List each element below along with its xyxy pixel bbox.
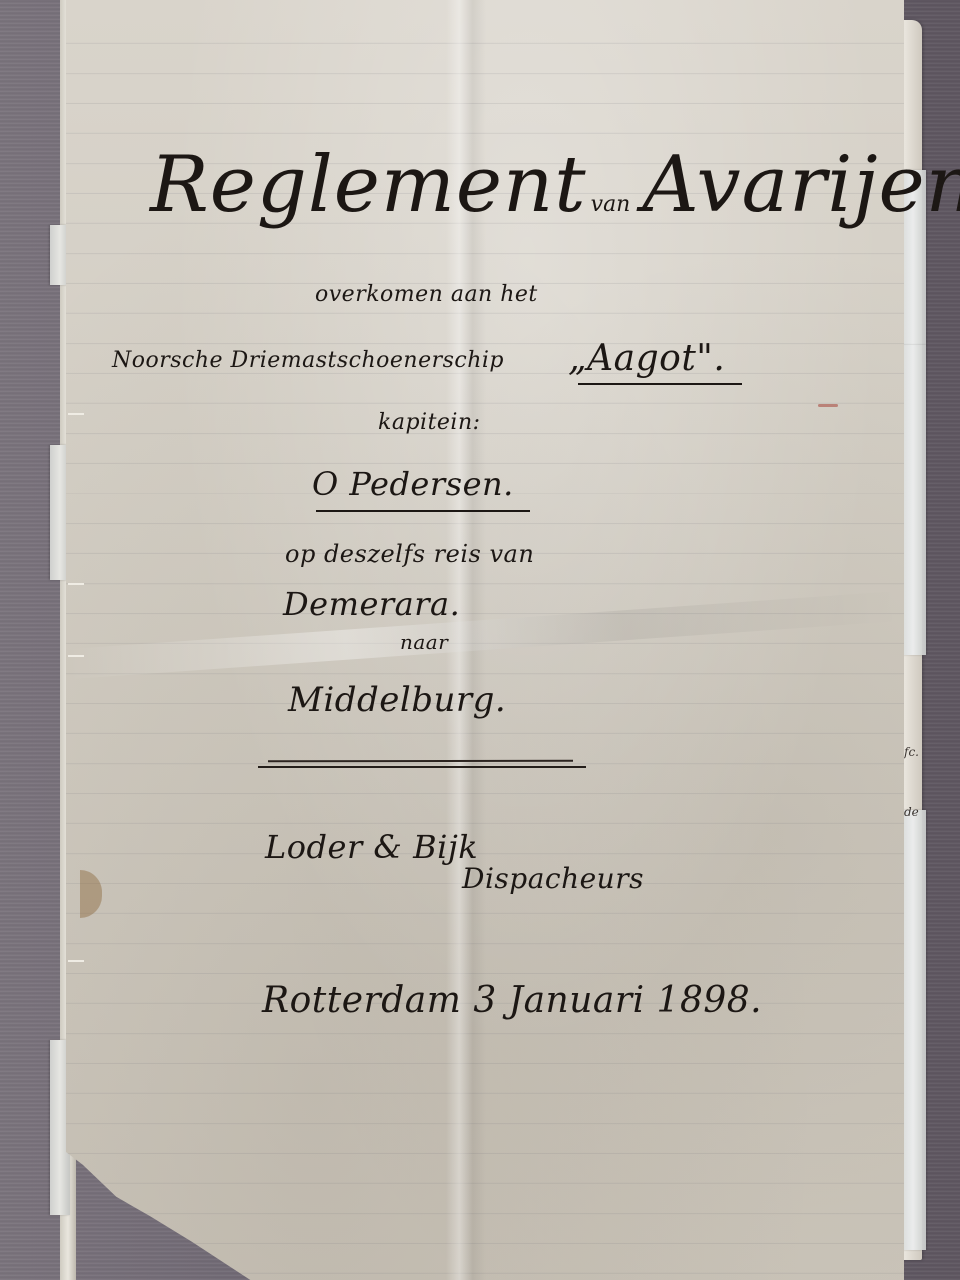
firm-name: Loder & Bijk bbox=[265, 828, 478, 866]
captain-label: kapitein: bbox=[378, 410, 481, 435]
margin-mark: fc. bbox=[904, 745, 919, 759]
separator-line-bottom bbox=[258, 766, 586, 768]
binding-stitch bbox=[68, 413, 84, 415]
title-word-reglement: Reglement bbox=[150, 140, 587, 230]
firm-role: Dispacheurs bbox=[462, 862, 644, 895]
ship-type: Noorsche Driemastschoenerschip bbox=[112, 348, 504, 373]
title-word-avarijen: Avarijen bbox=[642, 140, 960, 230]
captain-name: O Pedersen. bbox=[312, 465, 514, 503]
destination-port: Middelburg. bbox=[288, 680, 506, 720]
binding-stitch bbox=[68, 655, 84, 657]
ship-name-underline bbox=[578, 383, 742, 385]
voyage-phrase: op deszelfs reis van bbox=[285, 540, 534, 568]
ship-name: „Aagot". bbox=[568, 338, 725, 379]
direction-word: naar bbox=[400, 630, 448, 654]
place-and-date: Rotterdam 3 Januari 1898. bbox=[262, 980, 762, 1021]
captain-name-underline bbox=[316, 510, 530, 512]
origin-port: Demerara. bbox=[283, 585, 460, 623]
binding-stitch bbox=[68, 960, 84, 962]
binding-stitch bbox=[68, 583, 84, 585]
red-ink-mark bbox=[818, 404, 838, 407]
document-title: ReglementvanAvarijen bbox=[150, 140, 960, 230]
title-connector: van bbox=[591, 192, 631, 217]
subtitle: overkomen aan het bbox=[315, 282, 538, 307]
margin-mark: de bbox=[904, 805, 919, 819]
